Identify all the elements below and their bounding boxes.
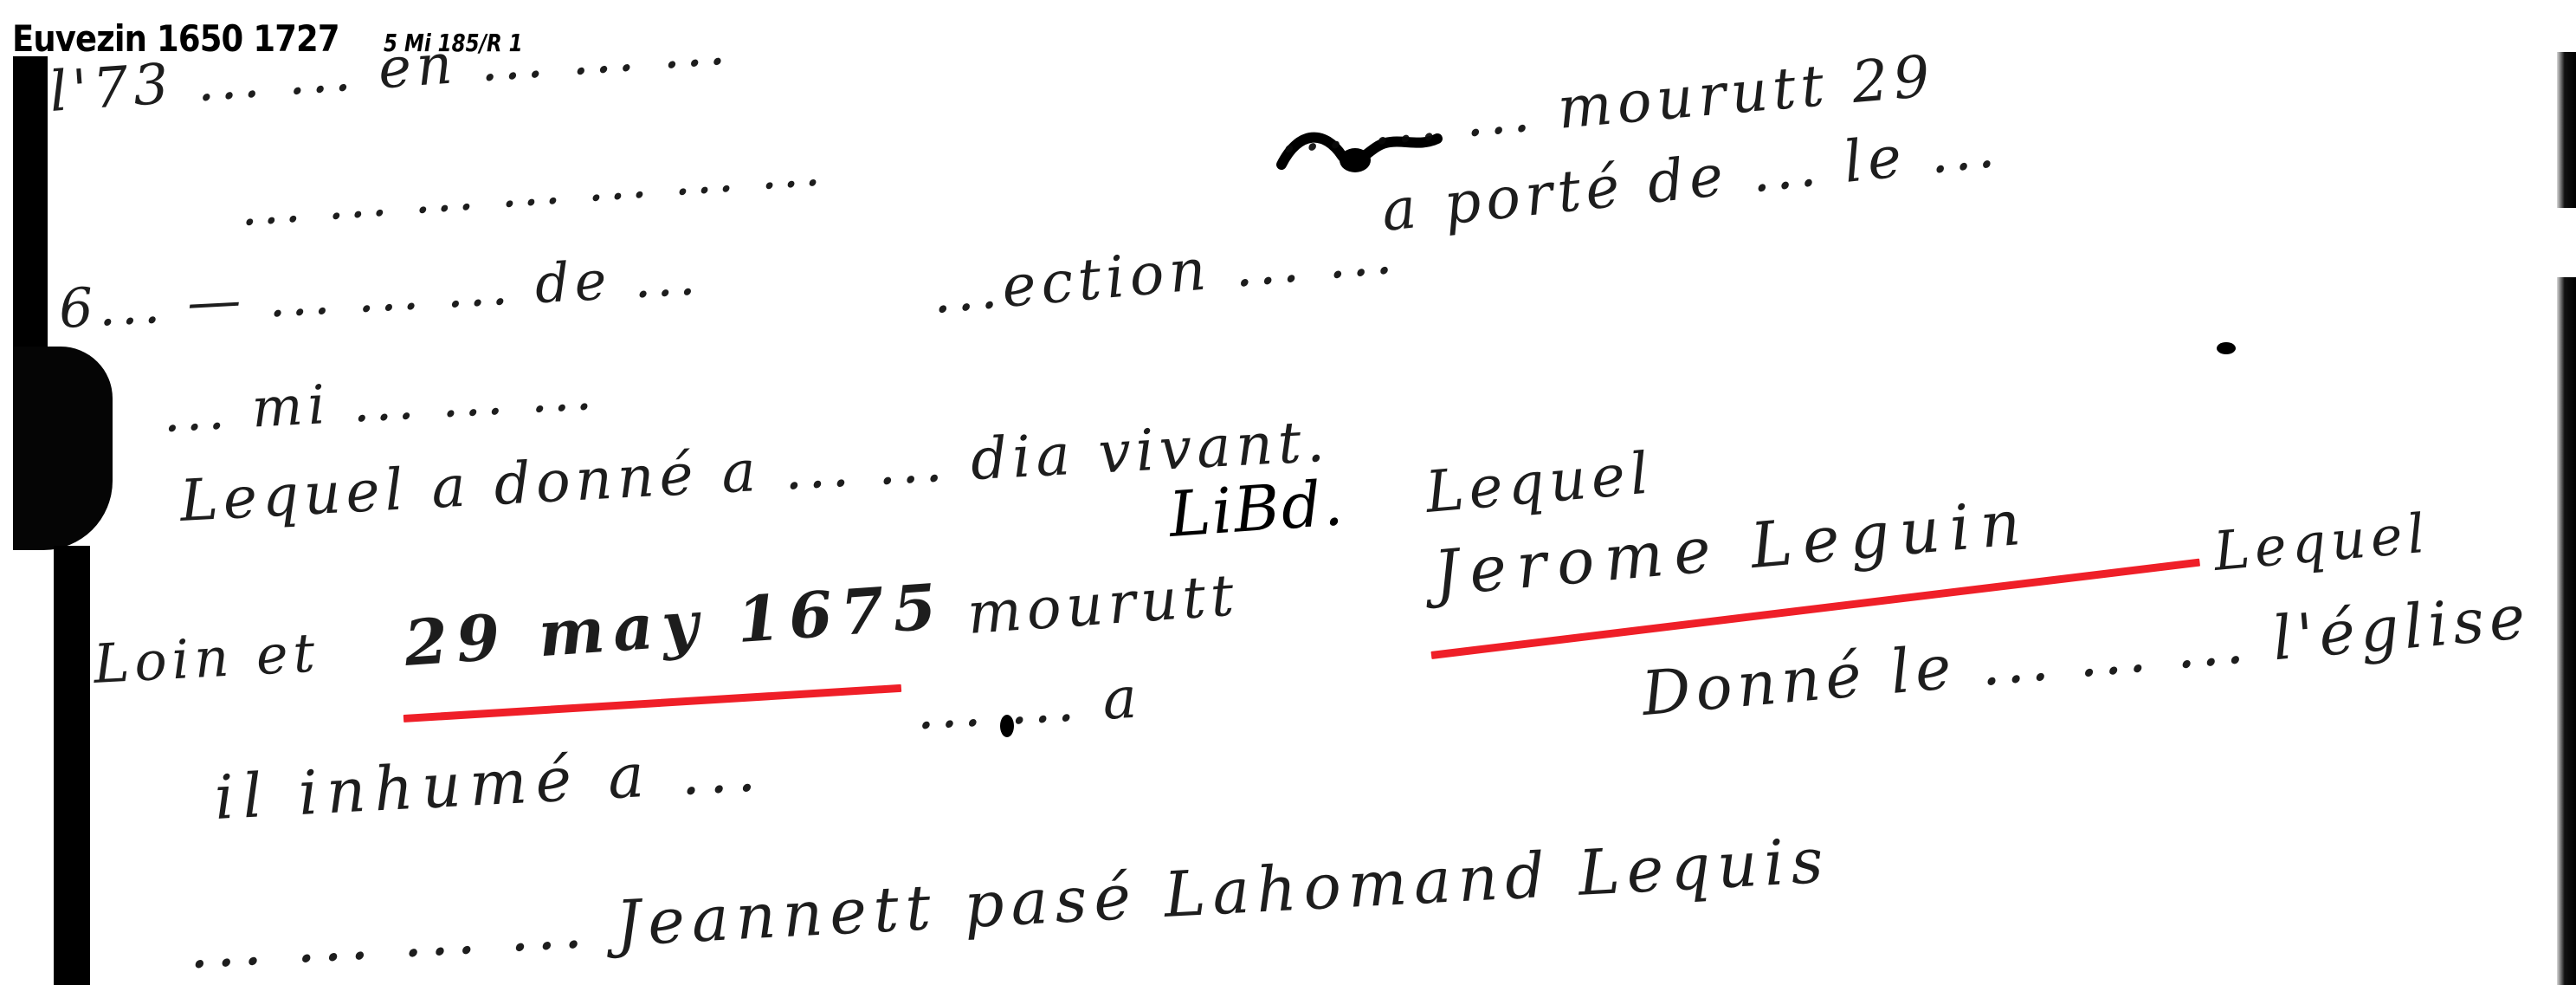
handwriting-line: ... ... a xyxy=(914,664,1144,742)
binding-shadow-top xyxy=(13,56,48,347)
binding-shadow-bulge xyxy=(13,347,113,550)
ink-blot xyxy=(1000,715,1014,737)
highlighted-date: 29 may 1675 xyxy=(402,569,947,680)
page-edge-gap xyxy=(2557,208,2576,277)
handwriting-line: mourutt xyxy=(965,561,1242,647)
handwriting-line: 6... — ... ... ... de ... xyxy=(57,243,702,340)
binding-shadow-bottom xyxy=(54,546,90,985)
handwriting-line: Lequel xyxy=(2211,501,2432,583)
handwriting-line: il inhumé a ... xyxy=(213,734,766,833)
handwriting-line: ... mi ... ... ... xyxy=(161,359,598,444)
document-scan: Euvezin 1650 1727 5 Mi 185/R 1 l'73 ... … xyxy=(0,0,2576,985)
handwriting-line: ... ... ... ... Jeannett pasé Lahomand L… xyxy=(187,824,1832,982)
margin-note: LiBd. xyxy=(1166,466,1346,551)
handwriting-line: Lequel xyxy=(1423,439,1656,526)
ink-blot xyxy=(2217,342,2236,354)
handwriting-line: ... ... ... ... ... ... ... xyxy=(238,137,827,238)
handwriting-line: ...ection ... ... xyxy=(929,219,1399,327)
handwriting-line: Loin et xyxy=(92,620,321,696)
date-underline xyxy=(404,684,901,723)
handwriting-line: Donné le ... ... ... l'église xyxy=(1639,581,2533,729)
page-edge-right xyxy=(2557,52,2576,985)
